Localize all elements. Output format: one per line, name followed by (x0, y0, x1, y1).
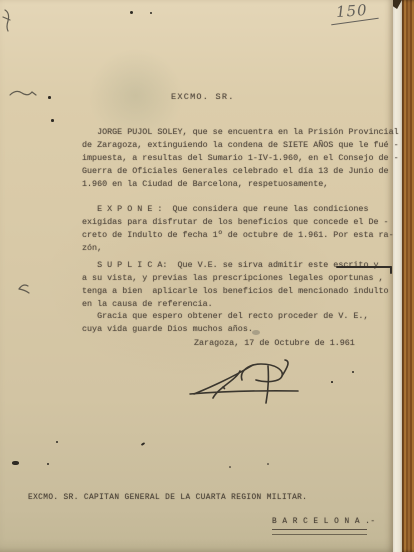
ink-speck (267, 463, 269, 465)
addressee-line: EXCMO. SR. CAPITAN GENERAL DE LA CUARTA … (28, 492, 307, 505)
typewritten-line: zón, (82, 242, 404, 255)
salutation: EXCMO. SR. (171, 91, 235, 104)
margin-dash-tick (390, 266, 392, 274)
ink-speck (352, 371, 354, 373)
typewritten-line: E X P O N E : Que considera que reune la… (82, 203, 404, 216)
typewritten-line: exigidas para disfrutar de los beneficio… (82, 216, 404, 229)
city-underline (272, 529, 367, 535)
typewritten-line: JORGE PUJOL SOLEY, que se encuentra en l… (82, 126, 404, 139)
paragraph-gracia: Gracia que espero obtener del recto proc… (82, 310, 404, 336)
document-photo: 150 EXCMO. SR. JORGE PUJOL SOLEY, que se… (0, 0, 414, 552)
ink-blot (12, 461, 19, 465)
ink-speck (48, 96, 51, 99)
typewritten-line: creto de Indulto de fecha 1º de octubre … (82, 229, 404, 242)
margin-dash-mark (336, 266, 392, 268)
typewritten-line: Gracia que espero obtener del recto proc… (82, 310, 404, 323)
ink-speck (56, 441, 58, 443)
paragraph-expone: E X P O N E : Que considera que reune la… (82, 203, 404, 255)
typewritten-line: tenga a bien aplicarle los beneficios de… (82, 285, 404, 298)
addressee-city: B A R C E L O N A .- (272, 516, 376, 529)
ink-speck (130, 11, 133, 14)
pencil-smudge (252, 330, 260, 335)
ink-speck (51, 119, 54, 122)
typewritten-line: 1.960 en la Ciudad de Barcelona, respetu… (82, 178, 404, 191)
typewritten-line: Guerra de Oficiales Generales celebrado … (82, 165, 404, 178)
ink-speck (47, 463, 49, 465)
typewritten-line: de Zaragoza, extinguiendo la condena de … (82, 139, 404, 152)
typewritten-line: impuesta, a resultas del Sumario 1-IV-1.… (82, 152, 404, 165)
typewritten-line: a su vista, y previas las prescripciones… (82, 272, 404, 285)
ink-speck (229, 466, 231, 468)
ink-speck (150, 12, 152, 14)
folio-number: 150 (335, 1, 368, 21)
dateline: Zaragoza, 17 de Octubre de 1.961 (194, 337, 355, 350)
typewritten-line: cuya vida guarde Dios muchos años. (82, 323, 404, 336)
paragraph-intro: JORGE PUJOL SOLEY, que se encuentra en l… (82, 126, 404, 191)
ink-speck (331, 381, 333, 383)
